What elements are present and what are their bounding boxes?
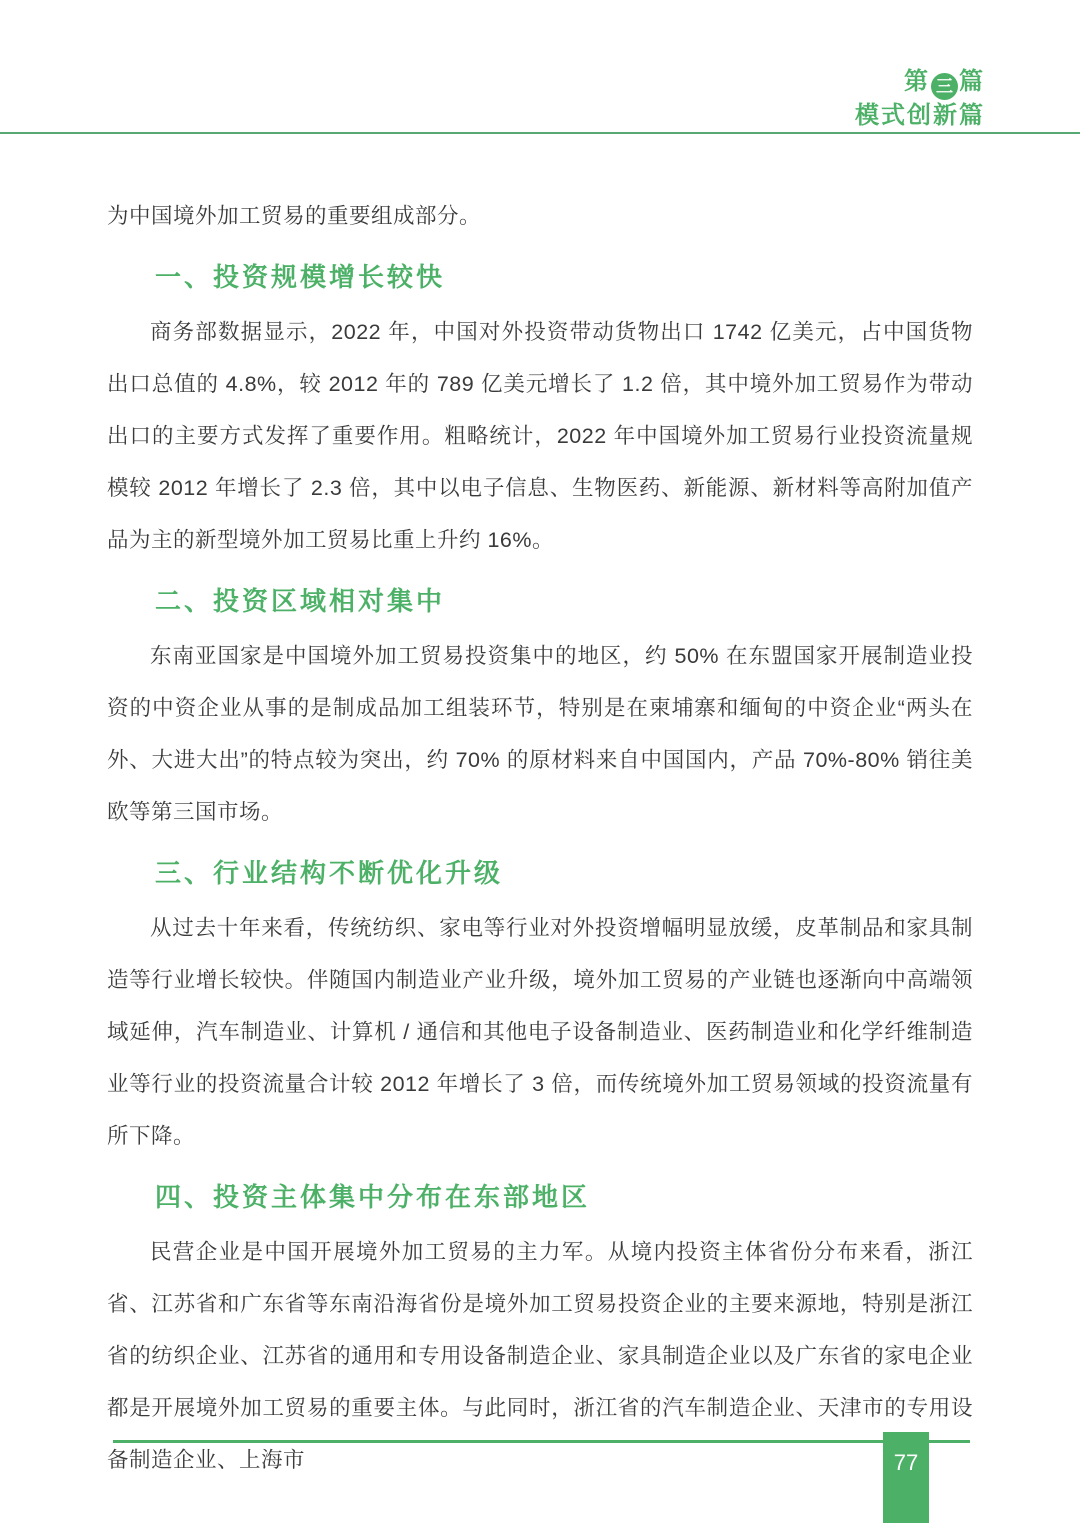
- document-page: 第三篇 模式创新篇 为中国境外加工贸易的重要组成部分。 一、投资规模增长较快 商…: [0, 0, 1080, 1527]
- footer-divider-line: [113, 1440, 970, 1443]
- intro-fragment-paragraph: 为中国境外加工贸易的重要组成部分。: [107, 190, 973, 242]
- section-heading-4: 四、投资主体集中分布在东部地区: [107, 1178, 973, 1216]
- part-label-prefix: 第: [904, 68, 930, 95]
- page-content: 为中国境外加工贸易的重要组成部分。 一、投资规模增长较快 商务部数据显示，202…: [107, 190, 973, 1486]
- section-paragraph-1: 商务部数据显示，2022 年，中国对外投资带动货物出口 1742 亿美元，占中国…: [107, 306, 973, 566]
- header-divider-line: [0, 132, 1080, 134]
- section-paragraph-2: 东南亚国家是中国境外加工贸易投资集中的地区，约 50% 在东盟国家开展制造业投资…: [107, 630, 973, 838]
- page-number: 77: [894, 1450, 918, 1475]
- section-paragraph-4: 民营企业是中国开展境外加工贸易的主力军。从境内投资主体省份分布来看，浙江省、江苏…: [107, 1226, 973, 1486]
- part-title: 模式创新篇: [855, 100, 985, 131]
- part-label: 第三篇: [855, 66, 985, 100]
- part-number-circle-icon: 三: [931, 73, 958, 100]
- section-heading-2: 二、投资区域相对集中: [107, 582, 973, 620]
- page-header: 第三篇 模式创新篇: [855, 66, 985, 131]
- section-paragraph-3: 从过去十年来看，传统纺织、家电等行业对外投资增幅明显放缓，皮革制品和家具制造等行…: [107, 902, 973, 1162]
- section-heading-1: 一、投资规模增长较快: [107, 258, 973, 296]
- page-number-badge: 77: [883, 1432, 929, 1523]
- section-heading-3: 三、行业结构不断优化升级: [107, 854, 973, 892]
- part-label-suffix: 篇: [959, 68, 985, 95]
